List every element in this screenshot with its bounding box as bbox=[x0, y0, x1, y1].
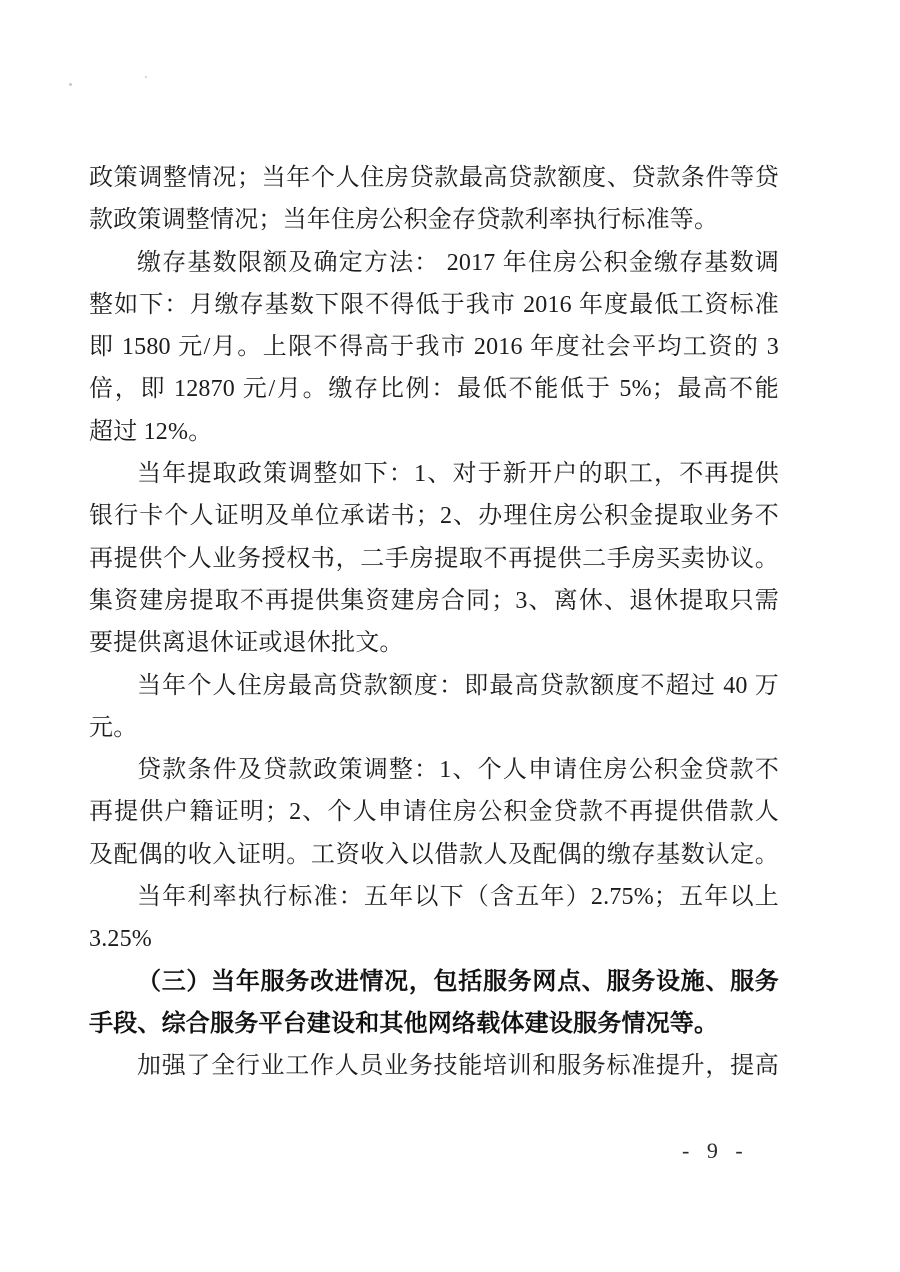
text-line: 银行卡个人证明及单位承诺书；2、办理住房公积金提取业务不 bbox=[89, 495, 779, 537]
text-line: 当年提取政策调整如下：1、对于新开户的职工，不再提供 bbox=[89, 453, 779, 495]
text-line: 及配偶的收入证明。工资收入以借款人及配偶的缴存基数认定。 bbox=[89, 834, 779, 876]
text-line: 整如下：月缴存基数下限不得低于我市 2016 年度最低工资标准 bbox=[89, 284, 779, 326]
text-line: 要提供离退休证或退休批文。 bbox=[89, 622, 779, 664]
text-line: 加强了全行业工作人员业务技能培训和服务标准提升，提高 bbox=[89, 1045, 779, 1087]
text-line: 3.25% bbox=[89, 918, 779, 960]
text-line: 政策调整情况；当年个人住房贷款最高贷款额度、贷款条件等贷 bbox=[89, 157, 779, 199]
text-line: 超过 12%。 bbox=[89, 411, 779, 453]
section-heading-line: （三）当年服务改进情况，包括服务网点、服务设施、服务 bbox=[89, 961, 779, 1003]
document-page: 政策调整情况；当年个人住房贷款最高贷款额度、贷款条件等贷 款政策调整情况；当年住… bbox=[0, 0, 900, 1272]
text-line: 即 1580 元/月。上限不得高于我市 2016 年度社会平均工资的 3 bbox=[89, 326, 779, 368]
text-line: 再提供个人业务授权书，二手房提取不再提供二手房买卖协议。 bbox=[89, 538, 779, 580]
section-heading-line: 手段、综合服务平台建设和其他网络载体建设服务情况等。 bbox=[89, 1003, 779, 1045]
text-line: 再提供户籍证明；2、个人申请住房公积金贷款不再提供借款人 bbox=[89, 791, 779, 833]
page-number: - 9 - bbox=[682, 1138, 772, 1164]
text-line: 缴存基数限额及确定方法： 2017 年住房公积金缴存基数调 bbox=[89, 242, 779, 284]
text-line: 元。 bbox=[89, 707, 779, 749]
scan-speck bbox=[145, 76, 147, 78]
text-line: 当年利率执行标准：五年以下（含五年）2.75%；五年以上 bbox=[89, 876, 779, 918]
body-text: 政策调整情况；当年个人住房贷款最高贷款额度、贷款条件等贷 款政策调整情况；当年住… bbox=[89, 157, 779, 1088]
text-line: 集资建房提取不再提供集资建房合同；3、离休、退休提取只需 bbox=[89, 580, 779, 622]
text-line: 当年个人住房最高贷款额度：即最高贷款额度不超过 40 万 bbox=[89, 665, 779, 707]
text-line: 倍，即 12870 元/月。缴存比例：最低不能低于 5%；最高不能 bbox=[89, 368, 779, 410]
text-line: 贷款条件及贷款政策调整：1、个人申请住房公积金贷款不 bbox=[89, 749, 779, 791]
text-line: 款政策调整情况；当年住房公积金存贷款利率执行标准等。 bbox=[89, 199, 779, 241]
scan-speck bbox=[69, 83, 72, 86]
